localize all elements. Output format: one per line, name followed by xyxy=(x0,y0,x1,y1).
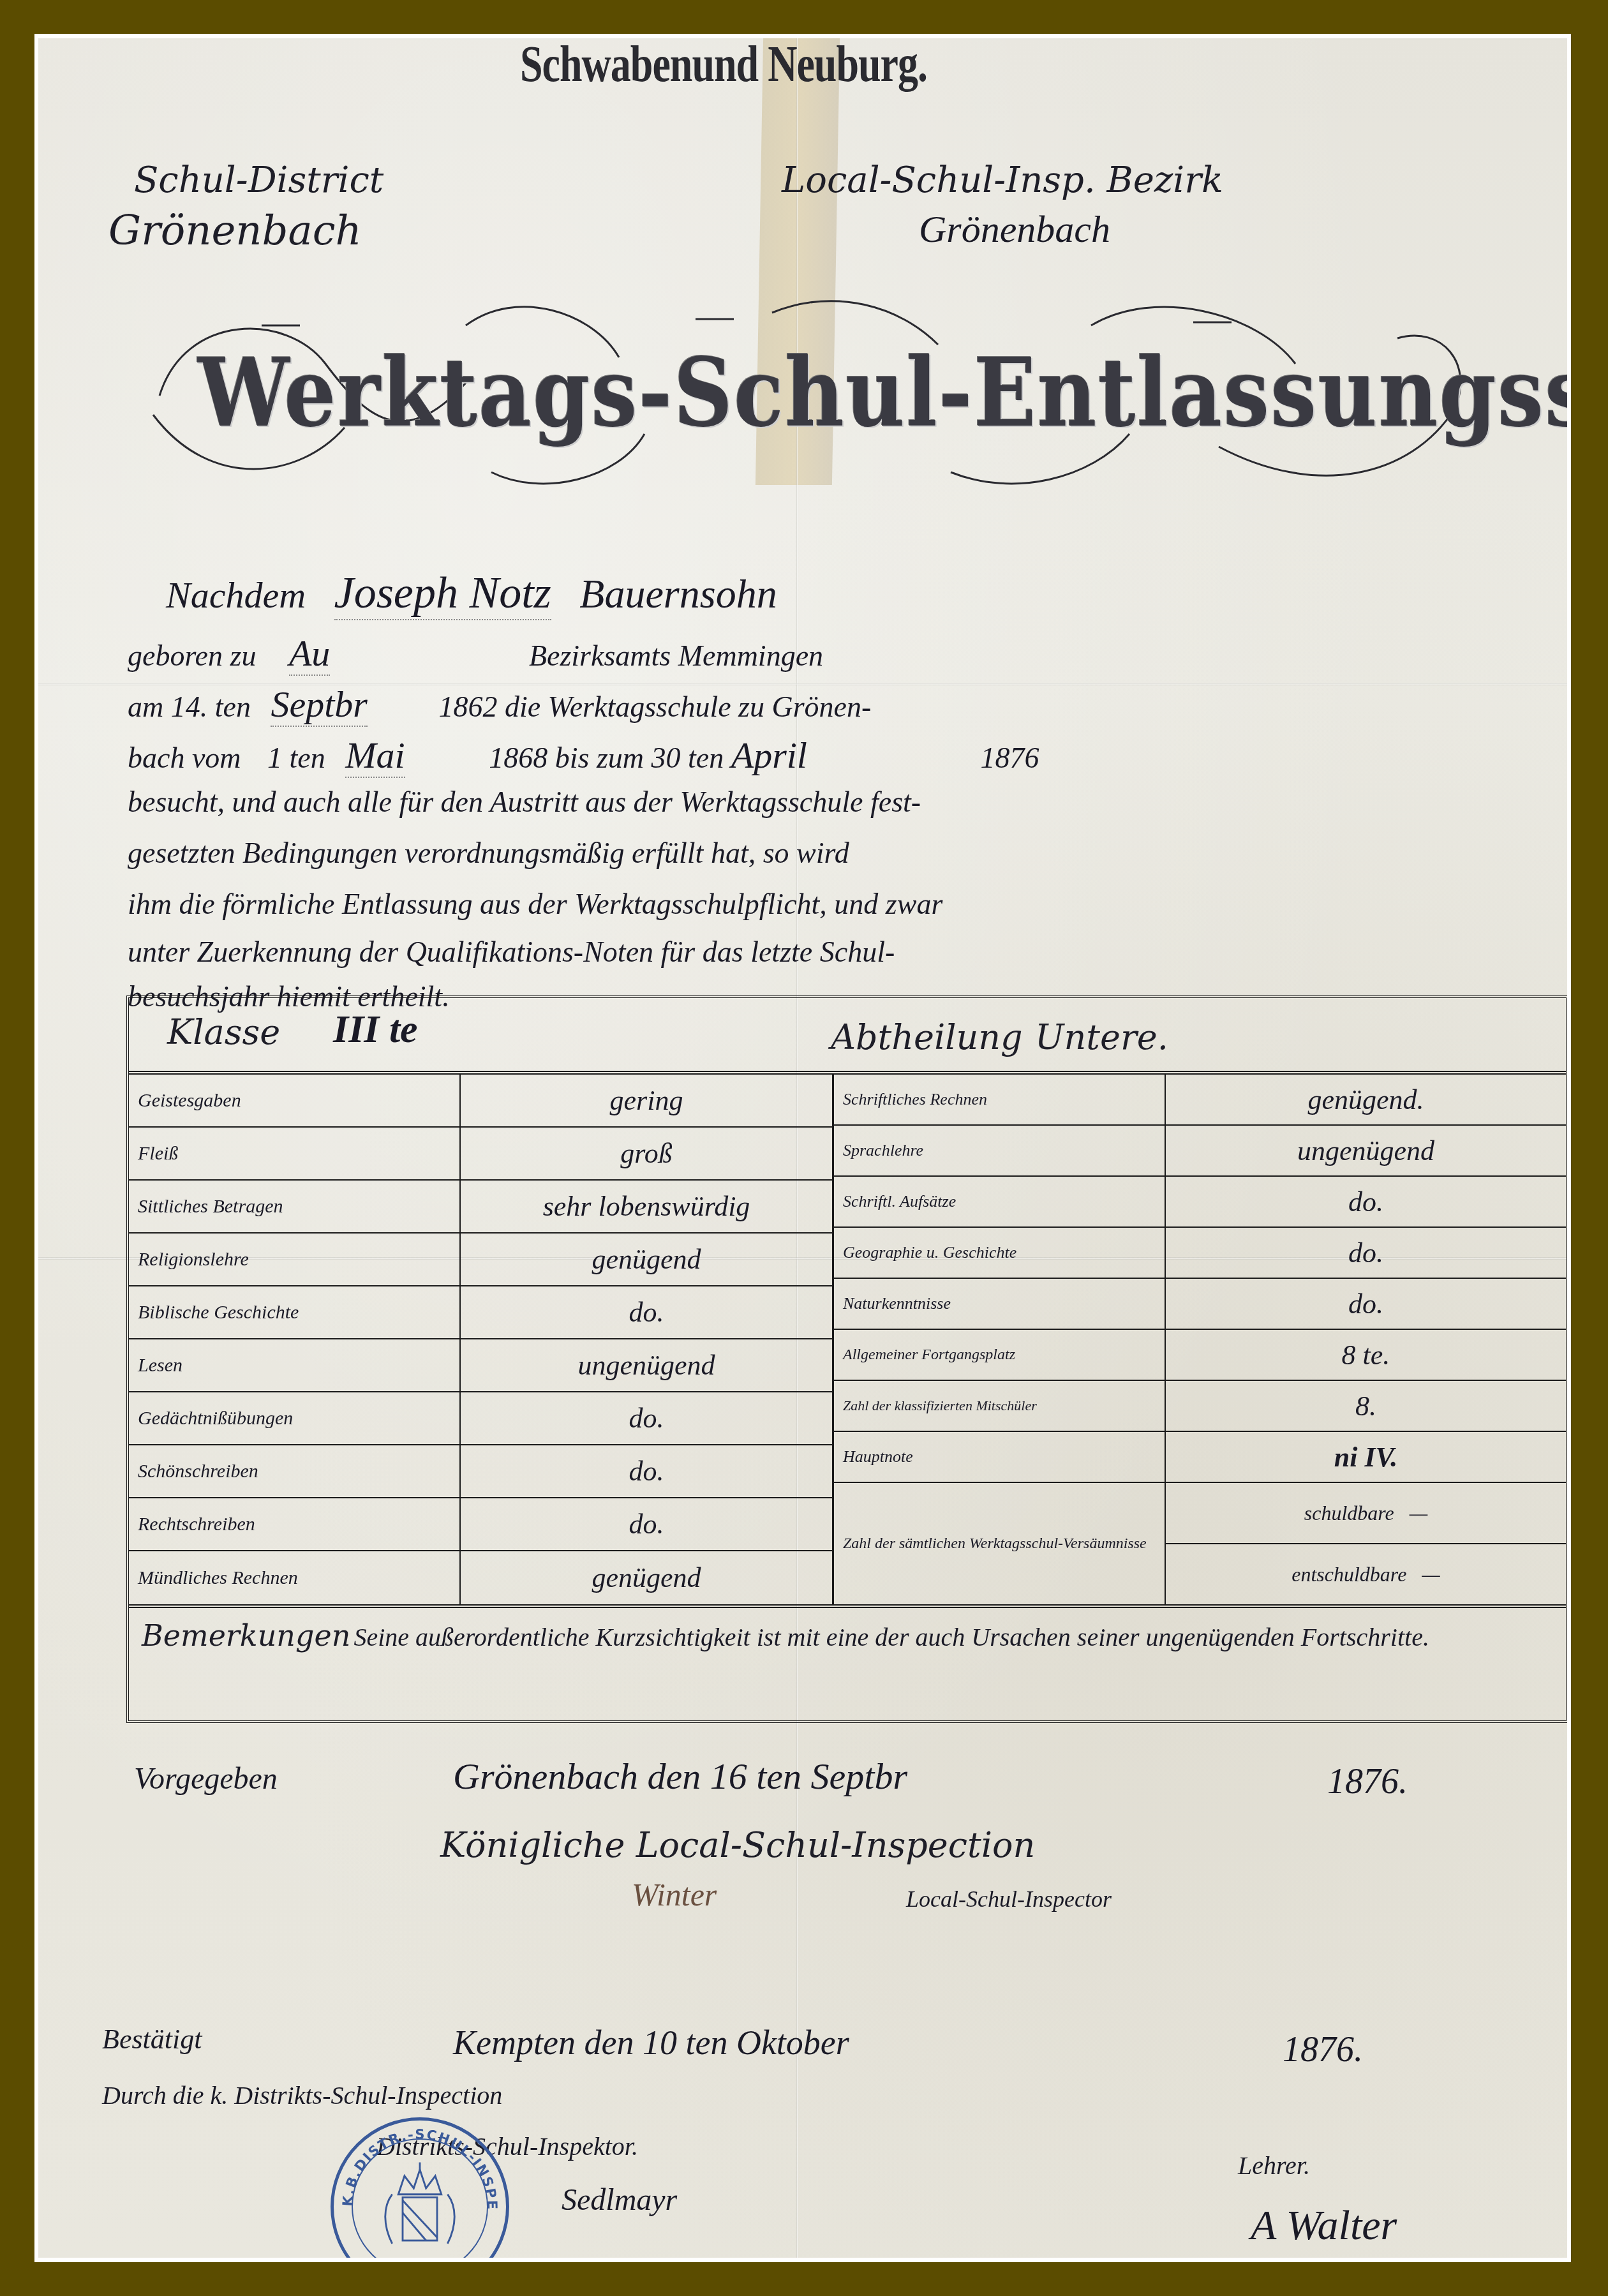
absences-excused: schuldbare — xyxy=(1166,1483,1566,1544)
school-district-label: Schul-District xyxy=(134,160,383,201)
issuing-authority: Königliche Local-Schul-Inspection xyxy=(440,1825,1035,1865)
excused-value: — xyxy=(1410,1502,1427,1525)
birth-day: 14. ten xyxy=(171,690,251,723)
body-line-2: geboren zu Au Bezirksamts Memmingen xyxy=(128,632,823,676)
subject-label: Fleiß xyxy=(129,1128,461,1179)
grade-row: Schriftl. Aufsätzedo. xyxy=(834,1177,1566,1228)
school-district-value: Grönenbach xyxy=(108,207,362,255)
class-label: Klasse xyxy=(167,1012,280,1052)
grade-value: do. xyxy=(1166,1228,1566,1278)
grade-value: gering xyxy=(461,1075,832,1126)
end-year: 1876 xyxy=(980,742,1039,774)
birth-district: Bezirksamts Memmingen xyxy=(529,639,823,672)
subject-label: Biblische Geschichte xyxy=(129,1286,461,1338)
subject-label: Schriftl. Aufsätze xyxy=(834,1177,1166,1226)
unexcused-label: entschuldbare xyxy=(1292,1563,1406,1586)
grade-row: Gedächtnißübungendo. xyxy=(129,1392,832,1445)
grade-row: Rechtschreibendo. xyxy=(129,1498,832,1551)
grade-value: do. xyxy=(461,1392,832,1444)
grade-row: Geographie u. Geschichtedo. xyxy=(834,1228,1566,1279)
body-continuation: die Werktagsschule zu Grönen- xyxy=(505,690,871,723)
grade-value: genügend xyxy=(461,1551,832,1604)
issuance-place-date: Grönenbach den 16 ten Septbr xyxy=(453,1755,907,1798)
teacher-label: Lehrer. xyxy=(1238,2151,1310,2180)
body-line-8: unter Zuerkennung der Qualifikations-Not… xyxy=(128,935,895,969)
subject-label: Rechtschreiben xyxy=(129,1498,461,1550)
grade-row: Sittliches Betragensehr lobenswürdig xyxy=(129,1181,832,1234)
confirmation-label: Bestätigt xyxy=(102,2023,202,2055)
grade-row: Religionslehregenügend xyxy=(129,1234,832,1286)
birth-month: Septbr xyxy=(271,683,367,727)
start-day: 1 ten xyxy=(267,742,325,774)
grade-row: Lesenungenügend xyxy=(129,1339,832,1392)
division-value: Untere. xyxy=(1035,1017,1168,1057)
confirmation-by-line: Durch die k. Distrikts-Schul-Inspection xyxy=(102,2080,502,2110)
body-prefix: bach vom xyxy=(128,742,241,774)
document-title: Werktags-Schul-Entlassungsschein. xyxy=(198,338,1567,449)
inspector-signature: Winter xyxy=(632,1876,717,1913)
grade-row: Naturkenntnissedo. xyxy=(834,1279,1566,1330)
grade-row: Schriftliches Rechnengenügend. xyxy=(834,1075,1566,1126)
subject-label: Religionslehre xyxy=(129,1234,461,1285)
subject-label: Gedächtnißübungen xyxy=(129,1392,461,1444)
grade-row: Geistesgabengering xyxy=(129,1075,832,1128)
district-school-inspection-seal: K.B.DISTR.-SCHUL-INSPECTION xyxy=(331,2117,509,2258)
body-prefix: geboren zu xyxy=(128,639,256,672)
absences-values: schuldbare — entschuldbare — xyxy=(1166,1483,1566,1604)
subject-label: Schriftliches Rechnen xyxy=(834,1075,1166,1124)
certificate-paper: Schwabenund Neuburg. Schul-District Grön… xyxy=(38,38,1567,2258)
issuance-year: 1876. xyxy=(1327,1761,1408,1802)
body-prefix: Nachdem xyxy=(166,574,306,616)
grade-value: ni IV. xyxy=(1166,1432,1566,1482)
start-year: 1868 xyxy=(489,742,547,774)
teacher-signature: A Walter xyxy=(1251,2202,1397,2250)
inspector-title: Local-Schul-Inspector xyxy=(906,1886,1112,1912)
body-line-4: bach vom 1 ten Mai 1868 bis zum 30 ten A… xyxy=(128,734,1039,778)
body-line-3: am 14. ten Septbr 1862 die Werktagsschul… xyxy=(128,683,871,727)
subject-label: Geistesgaben xyxy=(129,1075,461,1126)
subject-label: Hauptnote xyxy=(834,1432,1166,1482)
absences-row: Zahl der sämtlichen Werktagsschul-Versäu… xyxy=(834,1483,1566,1604)
grade-row: Fleißgroß xyxy=(129,1128,832,1181)
unexcused-value: — xyxy=(1422,1563,1440,1586)
grade-row: Sprachlehreungenügend xyxy=(834,1126,1566,1177)
issuance-label: Vorgegeben xyxy=(134,1761,278,1796)
body-line-6: gesetzten Bedingungen verordnungsmäßig e… xyxy=(128,836,849,870)
subject-label: Schönschreiben xyxy=(129,1445,461,1497)
end-month: April xyxy=(731,734,807,776)
grade-value: ungenügend xyxy=(461,1339,832,1391)
grade-value: 8. xyxy=(1166,1381,1566,1431)
grade-value: 8 te. xyxy=(1166,1330,1566,1380)
subject-label: Sittliches Betragen xyxy=(129,1181,461,1232)
end-day: 30 ten xyxy=(651,742,724,774)
confirmation-place-date: Kempten den 10 ten Oktober xyxy=(453,2023,849,2062)
birth-place: Au xyxy=(289,632,330,676)
grades-table: Klasse III te Abtheilung Untere. Geistes… xyxy=(126,995,1567,1723)
grade-row: Schönschreibendo. xyxy=(129,1445,832,1498)
subject-label: Naturkenntnisse xyxy=(834,1279,1166,1329)
body-line-5: besucht, und auch alle für den Austritt … xyxy=(128,785,921,819)
confirmation-year: 1876. xyxy=(1283,2029,1363,2070)
absences-unexcused: entschuldbare — xyxy=(1166,1544,1566,1604)
region-title: Schwabenund Neuburg. xyxy=(520,38,927,94)
student-name: Joseph Notz xyxy=(334,568,551,620)
grade-row: Mündliches Rechnengenügend xyxy=(129,1551,832,1604)
body-connector: bis zum xyxy=(555,742,644,774)
grade-value: sehr lobenswürdig xyxy=(461,1181,832,1232)
grade-value: do. xyxy=(461,1286,832,1338)
grade-row: Hauptnoteni IV. xyxy=(834,1432,1566,1483)
subject-label: Allgemeiner Fortgangsplatz xyxy=(834,1330,1166,1380)
body-prefix: am xyxy=(128,690,163,723)
grades-left-column: Geistesgabengering Fleißgroß Sittliches … xyxy=(129,1075,834,1604)
subject-label: Zahl der klassifizierten Mitschüler xyxy=(834,1381,1166,1431)
grade-row: Biblische Geschichtedo. xyxy=(129,1286,832,1339)
grade-value: do. xyxy=(1166,1279,1566,1329)
subject-label: Geographie u. Geschichte xyxy=(834,1228,1166,1278)
grades-right-column: Schriftliches Rechnengenügend. Sprachleh… xyxy=(834,1075,1566,1604)
grade-value: groß xyxy=(461,1128,832,1179)
student-occupation: Bauernsohn xyxy=(579,571,777,616)
grade-value: ungenügend xyxy=(1166,1126,1566,1175)
absences-label: Zahl der sämtlichen Werktagsschul-Versäu… xyxy=(834,1483,1166,1604)
remarks-label: Bemerkungen xyxy=(142,1618,350,1653)
division-label: Abtheilung xyxy=(831,1017,1023,1057)
birth-year: 1862 xyxy=(438,690,497,723)
subject-label: Sprachlehre xyxy=(834,1126,1166,1175)
body-line-1: Nachdem Joseph Notz Bauernsohn xyxy=(166,568,777,620)
remarks-text: Seine außerordentliche Kurzsichtigkeit i… xyxy=(354,1623,1429,1651)
subject-label: Lesen xyxy=(129,1339,461,1391)
district-inspector-signature: Sedlmayr xyxy=(562,2182,677,2218)
inspection-district-value: Grönenbach xyxy=(919,207,1110,251)
grade-value: do. xyxy=(1166,1177,1566,1226)
start-month: Mai xyxy=(345,734,405,778)
inspection-district-label: Local-Schul-Insp. Bezirk xyxy=(782,160,1223,201)
subject-label: Mündliches Rechnen xyxy=(129,1551,461,1604)
excused-label: schuldbare xyxy=(1304,1502,1394,1525)
grade-row: Zahl der klassifizierten Mitschüler8. xyxy=(834,1381,1566,1432)
grade-row: Allgemeiner Fortgangsplatz8 te. xyxy=(834,1330,1566,1381)
grade-value: genügend. xyxy=(1166,1075,1566,1124)
grade-value: genügend xyxy=(461,1234,832,1285)
remarks-section: Bemerkungen Seine außerordentliche Kurzs… xyxy=(129,1604,1566,1720)
class-value: III te xyxy=(333,1007,418,1052)
grade-value: do. xyxy=(461,1498,832,1550)
body-line-7: ihm die förmliche Entlassung aus der Wer… xyxy=(128,887,942,921)
grades-table-header: Klasse III te Abtheilung Untere. xyxy=(129,998,1566,1075)
crown-coat-of-arms-icon: K.B.DISTR.-SCHUL-INSPECTION xyxy=(334,2121,506,2258)
grade-value: do. xyxy=(461,1445,832,1497)
